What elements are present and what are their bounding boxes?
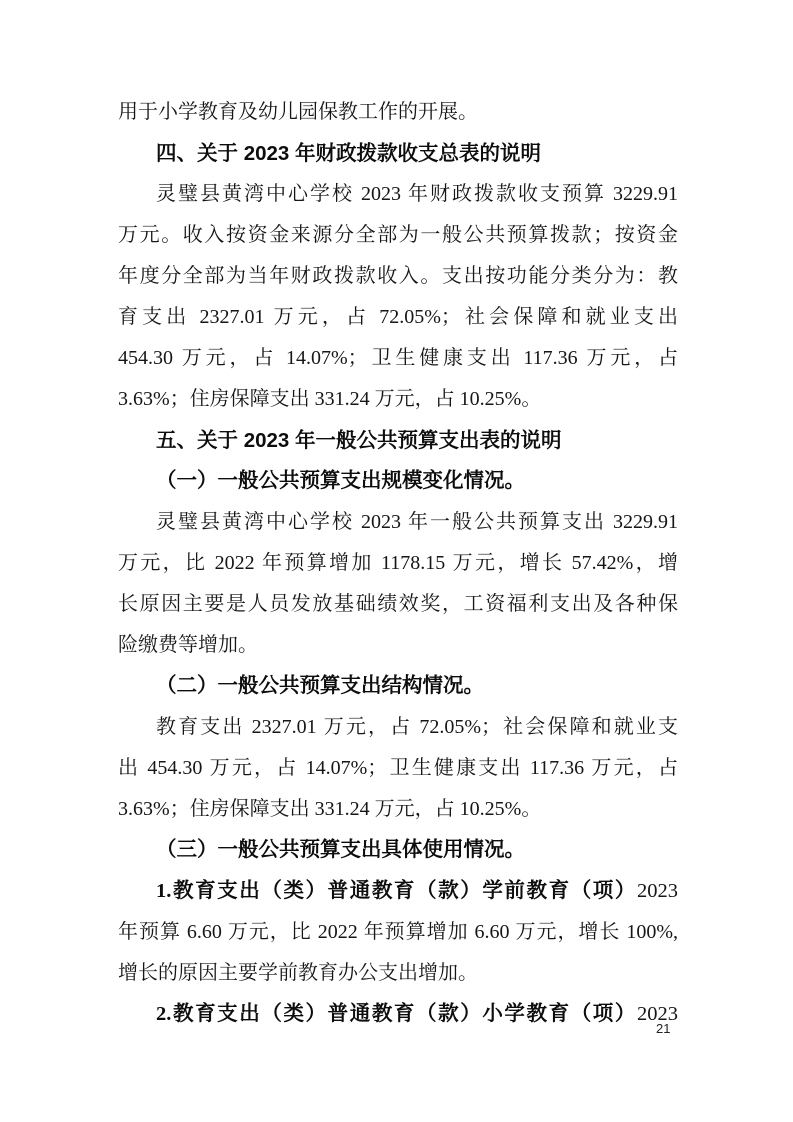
paragraph-line: 3.63%；住房保障支出 331.24 万元，占 10.25%。	[118, 379, 678, 420]
paragraph-line: 险缴费等增加。	[118, 625, 678, 666]
page-content: 用于小学教育及幼儿园保教工作的开展。 四、关于 2023 年财政拨款收支总表的说…	[118, 92, 678, 1035]
page-number: 21	[656, 1020, 670, 1038]
paragraph-line: 3.63%；住房保障支出 331.24 万元，占 10.25%。	[118, 789, 678, 830]
paragraph-line: 灵璧县黄湾中心学校 2023 年财政拨款收支预算 3229.91	[118, 174, 678, 215]
subheading-one: （一）一般公共预算支出规模变化情况。	[118, 461, 678, 502]
item-2-heading: 2.教育支出（类）普通教育（款）小学教育（项）2023	[118, 994, 678, 1035]
paragraph-line: 出 454.30 万元，占 14.07%；卫生健康支出 117.36 万元，占	[118, 748, 678, 789]
paragraph-line: 灵璧县黄湾中心学校 2023 年一般公共预算支出 3229.91	[118, 502, 678, 543]
paragraph-line: 年预算 6.60 万元，比 2022 年预算增加 6.60 万元，增长 100%…	[118, 912, 678, 953]
section-heading-four: 四、关于 2023 年财政拨款收支总表的说明	[118, 133, 678, 174]
section-heading-five: 五、关于 2023 年一般公共预算支出表的说明	[118, 420, 678, 461]
document-page: 用于小学教育及幼儿园保教工作的开展。 四、关于 2023 年财政拨款收支总表的说…	[0, 0, 793, 1122]
paragraph-line: 长原因主要是人员发放基础绩效奖，工资福利支出及各种保	[118, 584, 678, 625]
item-1-heading-year: 2023	[637, 880, 678, 902]
paragraph-line: 用于小学教育及幼儿园保教工作的开展。	[118, 92, 678, 133]
paragraph-line: 年度分全部为当年财政拨款收入。支出按功能分类分为：教	[118, 256, 678, 297]
item-1-heading: 1.教育支出（类）普通教育（款）学前教育（项）2023	[118, 871, 678, 912]
item-1-heading-bold: 1.教育支出（类）普通教育（款）学前教育（项）	[156, 880, 637, 902]
subheading-three: （三）一般公共预算支出具体使用情况。	[118, 830, 678, 871]
paragraph-line: 万元。收入按资金来源分全部为一般公共预算拨款；按资金	[118, 215, 678, 256]
item-2-heading-bold: 2.教育支出（类）普通教育（款）小学教育（项）	[156, 1003, 637, 1025]
subheading-two: （二）一般公共预算支出结构情况。	[118, 666, 678, 707]
paragraph-line: 增长的原因主要学前教育办公支出增加。	[118, 953, 678, 994]
paragraph-line: 育支出 2327.01 万元，占 72.05%；社会保障和就业支出	[118, 297, 678, 338]
paragraph-line: 454.30 万元，占 14.07%；卫生健康支出 117.36 万元，占	[118, 338, 678, 379]
paragraph-line: 教育支出 2327.01 万元，占 72.05%；社会保障和就业支	[118, 707, 678, 748]
paragraph-line: 万元，比 2022 年预算增加 1178.15 万元，增长 57.42%，增	[118, 543, 678, 584]
